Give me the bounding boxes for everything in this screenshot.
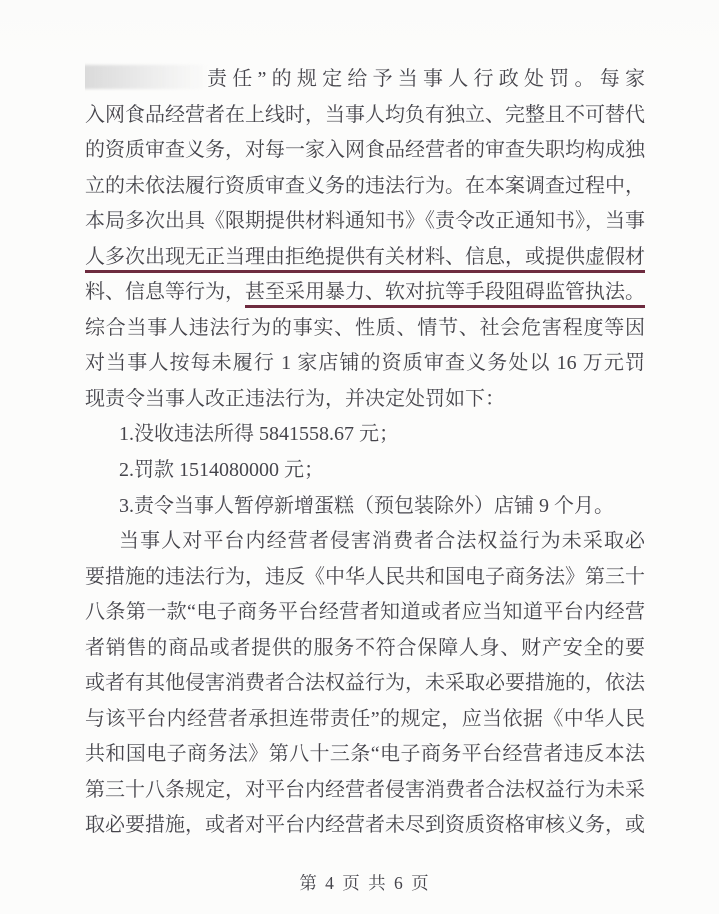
page-footer: 第 4 页 共 6 页 bbox=[85, 870, 645, 895]
text-segment: 本局多次出具《限期提供材料通知书》《责令改正通知书》，当事 bbox=[85, 210, 645, 232]
text-segment: 对当事人按每未履行 1 家店铺的资质审查义务处以 16 万元罚款。 bbox=[85, 352, 645, 382]
text-segment: 或者有其他侵害消费者合法权益行为，未采取必要措施的，依法 bbox=[85, 672, 645, 694]
redaction-blur bbox=[85, 65, 209, 89]
underlined-text-segment: 人多次出现无正当理由拒绝提供有关材料、信息，或提供虚假材 bbox=[85, 246, 645, 273]
text-line: 现责令当事人改正违法行为，并决定处罚如下： bbox=[85, 382, 645, 418]
text-segment: 者销售的商品或者提供的服务不符合保障人身、财产安全的要求， bbox=[85, 637, 645, 667]
document-page: 责任”的规定给予当事人行政处罚。每家入网食品经营者在上线时，当事人均负有独立、完… bbox=[0, 0, 719, 914]
text-line: 取必要措施，或者对平台内经营者未尽到资质资格审核义务，或 bbox=[85, 808, 645, 844]
text-line: 的资质审查义务，对每一家入网食品经营者的审查失职均构成独 bbox=[85, 133, 645, 169]
text-segment: 综合当事人违法行为的事实、性质、情节、社会危害程度等因素， bbox=[85, 317, 645, 347]
text-line: 共和国电子商务法》第八十三条“电子商务平台经营者违反本法 bbox=[85, 737, 645, 773]
text-line: 与该平台内经营者承担连带责任”的规定，应当依据《中华人民 bbox=[85, 702, 645, 738]
document-body: 责任”的规定给予当事人行政处罚。每家入网食品经营者在上线时，当事人均负有独立、完… bbox=[85, 62, 645, 844]
text-line: 立的未依法履行资质审查义务的违法行为。在本案调查过程中， bbox=[85, 169, 645, 205]
text-segment: 第三十八条规定，对平台内经营者侵害消费者合法权益行为未采 bbox=[85, 779, 645, 801]
text-line: 2.罚款 1514080000 元； bbox=[85, 453, 645, 489]
text-line: 对当事人按每未履行 1 家店铺的资质审查义务处以 16 万元罚款。 bbox=[85, 346, 645, 382]
text-line: 者销售的商品或者提供的服务不符合保障人身、财产安全的要求， bbox=[85, 631, 645, 667]
text-line: 1.没收违法所得 5841558.67 元； bbox=[85, 417, 645, 453]
text-segment: 料、信息等行为， bbox=[85, 281, 245, 303]
text-segment: 3.责令当事人暂停新增蛋糕（预包装除外）店铺 9 个月。 bbox=[119, 495, 614, 517]
text-segment: 取必要措施，或者对平台内经营者未尽到资质资格审核义务，或 bbox=[85, 814, 645, 836]
text-line: 当事人对平台内经营者侵害消费者合法权益行为未采取必 bbox=[85, 524, 645, 560]
text-segment: 与该平台内经营者承担连带责任”的规定，应当依据《中华人民 bbox=[85, 708, 645, 730]
text-line: 本局多次出具《限期提供材料通知书》《责令改正通知书》，当事 bbox=[85, 204, 645, 240]
text-segment: 责任”的规定给予当事人行政处罚。每家 bbox=[207, 68, 645, 90]
underlined-text-segment: 甚至采用暴力、软对抗等手段阻碍监管执法。 bbox=[245, 281, 645, 308]
text-segment: 1.没收违法所得 5841558.67 元； bbox=[119, 423, 399, 445]
text-line: 或者有其他侵害消费者合法权益行为，未采取必要措施的，依法 bbox=[85, 666, 645, 702]
text-line: 责任”的规定给予当事人行政处罚。每家 bbox=[85, 62, 645, 98]
text-line: 3.责令当事人暂停新增蛋糕（预包装除外）店铺 9 个月。 bbox=[85, 489, 645, 525]
text-line: 入网食品经营者在上线时，当事人均负有独立、完整且不可替代 bbox=[85, 98, 645, 134]
text-line: 要措施的违法行为，违反《中华人民共和国电子商务法》第三十 bbox=[85, 560, 645, 596]
text-line: 人多次出现无正当理由拒绝提供有关材料、信息，或提供虚假材 bbox=[85, 240, 645, 276]
text-segment: 立的未依法履行资质审查义务的违法行为。在本案调查过程中， bbox=[85, 175, 645, 197]
text-segment: 入网食品经营者在上线时，当事人均负有独立、完整且不可替代 bbox=[85, 104, 645, 126]
text-line: 综合当事人违法行为的事实、性质、情节、社会危害程度等因素， bbox=[85, 311, 645, 347]
text-segment: 当事人对平台内经营者侵害消费者合法权益行为未采取必 bbox=[119, 530, 645, 552]
text-segment: 的资质审查义务，对每一家入网食品经营者的审查失职均构成独 bbox=[85, 139, 645, 161]
text-segment: 八条第一款“电子商务平台经营者知道或者应当知道平台内经营 bbox=[85, 601, 645, 623]
text-line: 八条第一款“电子商务平台经营者知道或者应当知道平台内经营 bbox=[85, 595, 645, 631]
text-segment: 现责令当事人改正违法行为，并决定处罚如下： bbox=[85, 388, 505, 410]
text-line: 第三十八条规定，对平台内经营者侵害消费者合法权益行为未采 bbox=[85, 773, 645, 809]
text-segment: 共和国电子商务法》第八十三条“电子商务平台经营者违反本法 bbox=[85, 743, 645, 765]
text-segment: 2.罚款 1514080000 元； bbox=[119, 459, 324, 481]
text-line: 料、信息等行为，甚至采用暴力、软对抗等手段阻碍监管执法。 bbox=[85, 275, 645, 311]
text-segment: 要措施的违法行为，违反《中华人民共和国电子商务法》第三十 bbox=[85, 566, 645, 588]
